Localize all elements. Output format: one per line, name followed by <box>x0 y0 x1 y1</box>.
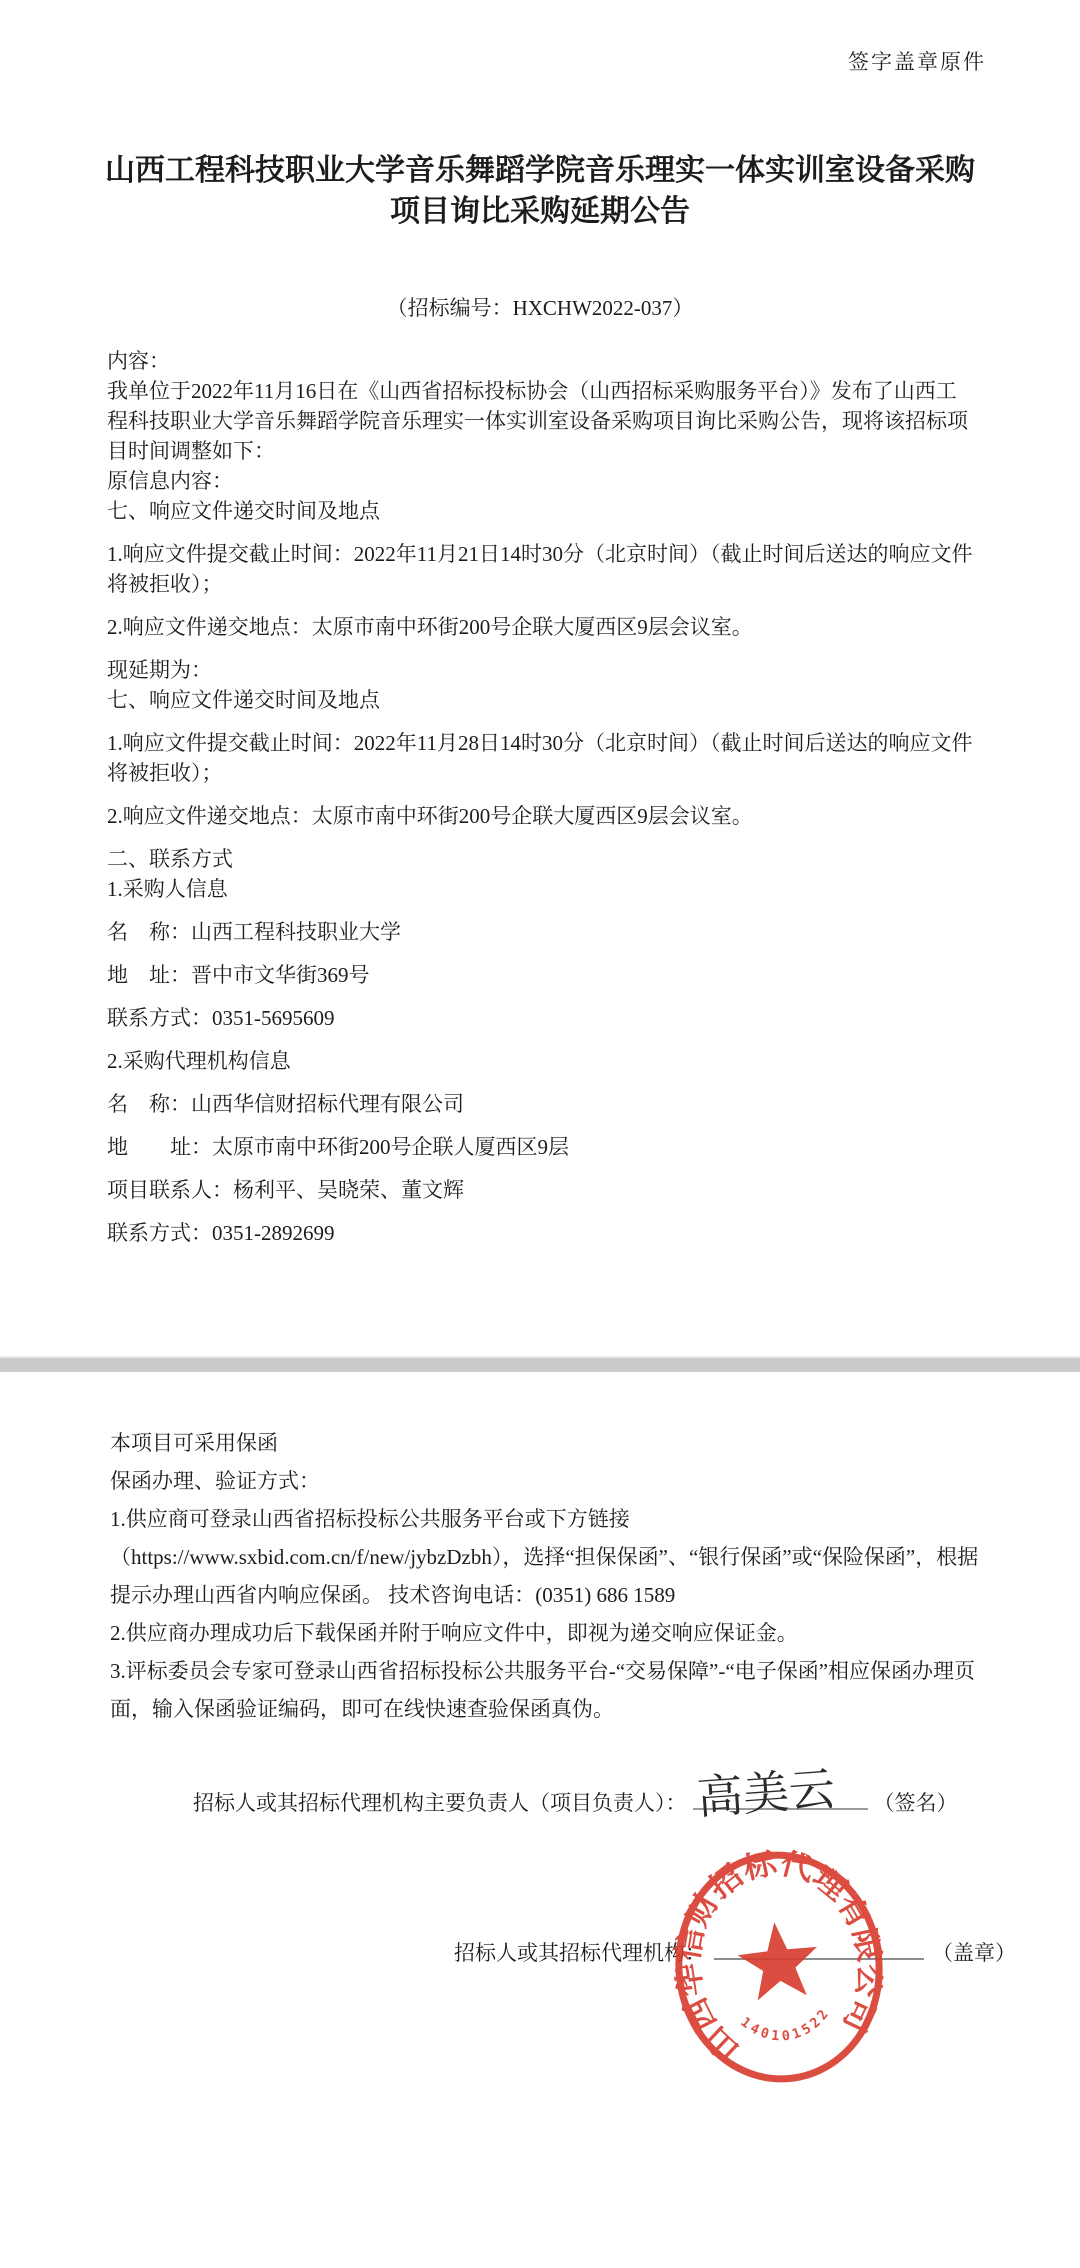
signature-row: 招标人或其招标代理机构主要负责人（项目负责人）：高美云（签名） <box>193 1782 958 1817</box>
seal-star-icon <box>735 1918 822 2002</box>
announcement-body: 内容： 我单位于2022年11月16日在《山西省招标投标协会（山西招标采购服务平… <box>107 346 975 1248</box>
paragraph-original-info-label: 原信息内容： <box>107 466 975 496</box>
purchaser-address: 地 址：晋中市文华街369号 <box>107 960 975 990</box>
header-note: 签字盖章原件 <box>848 46 986 76</box>
page-title: 山西工程科技职业大学音乐舞蹈学院音乐理实一体实训室设备采购 项目询比采购延期公告 <box>0 150 1080 232</box>
paragraph-delay-section-seven: 七、响应文件递交时间及地点 <box>107 685 975 715</box>
company-seal-stamp: 山西华信财招标代理有限公司 1401015223651 <box>660 1837 898 2096</box>
agency-contacts: 项目联系人：杨利平、吴晓荣、董文辉 <box>107 1175 975 1205</box>
bid-number: （招标编号：HXCHW2022-037） <box>0 292 1080 322</box>
agency-address: 地 址：太原市南中环街200号企联人厦西区9层 <box>107 1132 975 1162</box>
paragraph-original-deadline: 1.响应文件提交截止时间：2022年11月21日14时30分（北京时间）（截止时… <box>107 539 975 599</box>
agency-name: 名 称：山西华信财招标代理有限公司 <box>107 1089 975 1119</box>
guarantee-item-3: 3.评标委员会专家可登录山西省招标投标公共服务平台-“交易保障”-“电子保函”相… <box>110 1652 980 1728</box>
guarantee-item-1: 1.供应商可登录山西省招标投标公共服务平台或下方链接（https://www.s… <box>110 1500 980 1614</box>
paragraph-delay-label: 现延期为： <box>107 655 975 685</box>
title-line-2: 项目询比采购延期公告 <box>0 191 1080 232</box>
guarantee-title: 本项目可采用保函 <box>110 1424 980 1462</box>
paragraph-delayed-deadline: 1.响应文件提交截止时间：2022年11月28日14时30分（北京时间）（截止时… <box>107 728 975 788</box>
signature-line: 高美云 <box>693 1782 868 1810</box>
paragraph-original-place: 2.响应文件递交地点：太原市南中环街200号企联大厦西区9层会议室。 <box>107 612 975 642</box>
page-divider <box>0 1356 1080 1372</box>
seal-suffix: （盖章） <box>932 1941 1016 1965</box>
guarantee-subtitle: 保函办理、验证方式： <box>110 1462 980 1500</box>
handwritten-signature: 高美云 <box>695 1765 836 1821</box>
paragraph-purchaser-heading: 1.采购人信息 <box>107 874 975 904</box>
guarantee-item-2: 2.供应商办理成功后下载保函并附于响应文件中，即视为递交响应保证金。 <box>110 1614 980 1652</box>
signature-suffix: （签名） <box>874 1791 958 1815</box>
agency-phone: 联系方式：0351-2892699 <box>107 1218 975 1248</box>
paragraph-contact-heading: 二、联系方式 <box>107 844 975 874</box>
paragraph-agency-heading: 2.采购代理机构信息 <box>107 1046 975 1076</box>
signature-label: 招标人或其招标代理机构主要负责人（项目负责人）： <box>193 1791 687 1815</box>
title-line-1: 山西工程科技职业大学音乐舞蹈学院音乐理实一体实训室设备采购 <box>0 150 1080 191</box>
paragraph-intro-text: 我单位于2022年11月16日在《山西省招标投标协会（山西招标采购服务平台）》发… <box>107 376 975 466</box>
paragraph-section-seven: 七、响应文件递交时间及地点 <box>107 496 975 526</box>
purchaser-phone: 联系方式：0351-5695609 <box>107 1003 975 1033</box>
purchaser-name: 名 称：山西工程科技职业大学 <box>107 917 975 947</box>
document-page: 签字盖章原件 山西工程科技职业大学音乐舞蹈学院音乐理实一体实训室设备采购 项目询… <box>0 0 1080 2268</box>
guarantee-section: 本项目可采用保函 保函办理、验证方式： 1.供应商可登录山西省招标投标公共服务平… <box>110 1424 980 1728</box>
paragraph-delayed-place: 2.响应文件递交地点：太原市南中环街200号企联大厦西区9层会议室。 <box>107 801 975 831</box>
paragraph-intro-label: 内容： <box>107 346 975 376</box>
